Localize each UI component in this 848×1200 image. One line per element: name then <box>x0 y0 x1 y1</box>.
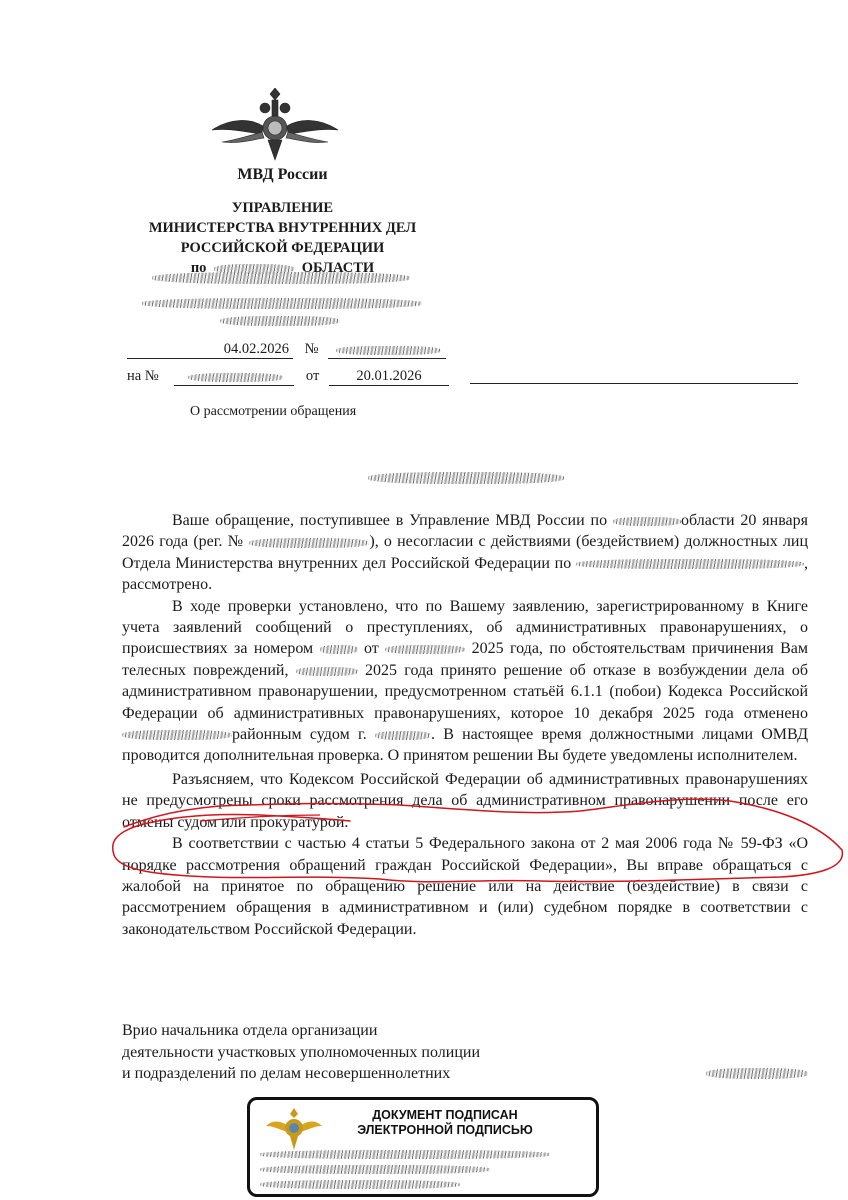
in-reply-number <box>174 369 294 386</box>
redacted-address-line-2 <box>220 316 340 326</box>
paragraph-1: Ваше обращение, поступившее в Управление… <box>122 510 808 596</box>
department-line: УПРАВЛЕНИЕ <box>120 198 445 218</box>
mvd-emblem-icon <box>210 88 340 168</box>
paragraph-2: В ходе проверки установлено, что по Ваше… <box>122 596 808 767</box>
redacted-certificate-line <box>260 1150 550 1159</box>
subject-line: О рассмотрении обращения <box>190 404 356 420</box>
mvd-gold-emblem-icon <box>266 1106 322 1152</box>
addressee-line <box>470 383 798 384</box>
document-number <box>328 342 446 359</box>
signatory-title: Врио начальника отдела организации деяте… <box>122 1020 480 1085</box>
stamp-title: ДОКУМЕНТ ПОДПИСАН ЭЛЕКТРОННОЙ ПОДПИСЬЮ <box>330 1108 560 1138</box>
organization-name: МВД России <box>120 166 445 184</box>
registration-row: 04.02.2026 № <box>127 341 446 359</box>
department-line: МИНИСТЕРСТВА ВНУТРЕННИХ ДЕЛ <box>120 218 445 238</box>
in-reply-date: 20.01.2026 <box>329 368 449 386</box>
redacted-owner-line <box>260 1165 490 1174</box>
redacted-addressee <box>368 472 564 484</box>
document-date: 04.02.2026 <box>127 341 293 359</box>
redacted-address-line-1 <box>142 298 422 309</box>
redacted-validity-line <box>260 1180 460 1189</box>
redacted-region-name <box>152 272 410 284</box>
reply-row: на № от 20.01.2026 <box>127 368 449 386</box>
in-reply-label: на № <box>127 368 159 384</box>
department-name: УПРАВЛЕНИЕ МИНИСТЕРСТВА ВНУТРЕННИХ ДЕЛ Р… <box>120 198 445 278</box>
department-line: РОССИЙСКОЙ ФЕДЕРАЦИИ <box>120 238 445 258</box>
e-signature-stamp: ДОКУМЕНТ ПОДПИСАН ЭЛЕКТРОННОЙ ПОДПИСЬЮ <box>247 1097 599 1197</box>
number-label: № <box>305 341 319 357</box>
redacted-signatory-name <box>706 1068 808 1079</box>
red-circle-annotation <box>100 775 848 895</box>
from-label: от <box>306 368 319 384</box>
